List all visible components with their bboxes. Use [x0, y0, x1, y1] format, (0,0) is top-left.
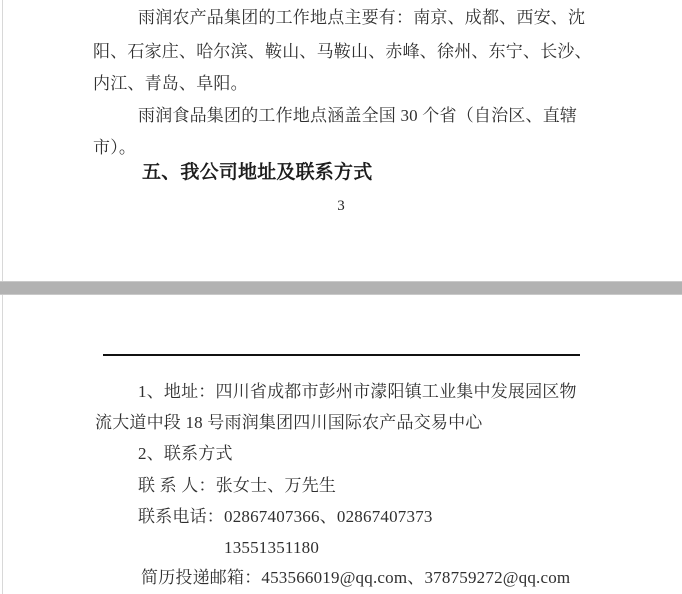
contact-phone-line: 联系电话：02867407366、02867407373	[138, 508, 433, 525]
contact-phone-line: 13551351180	[224, 539, 319, 556]
document-viewer: 雨润农产品集团的工作地点主要有：南京、成都、西安、沈 阳、石家庄、哈尔滨、鞍山、…	[0, 0, 682, 594]
body-text-line: 2、联系方式	[138, 445, 233, 462]
contact-person-line: 联 系 人：张女士、万先生	[138, 477, 336, 494]
address-line: 流大道中段 18 号雨润集团四川国际农产品交易中心	[95, 414, 483, 431]
address-line: 1、地址：四川省成都市彭州市濛阳镇工业集中发展园区物	[138, 383, 577, 400]
body-text-line: 雨润农产品集团的工作地点主要有：南京、成都、西安、沈	[138, 9, 585, 26]
body-text-line: 内江、青岛、阜阳。	[93, 75, 248, 92]
page-edge-line	[2, 0, 3, 594]
body-text-line: 雨润食品集团的工作地点涵盖全国 30 个省（自治区、直辖	[138, 107, 577, 124]
resume-email-line: 简历投递邮箱：453566019@qq.com、378759272@qq.com	[141, 569, 570, 586]
header-rule	[103, 354, 580, 356]
page-separator	[0, 281, 682, 295]
page-number: 3	[0, 199, 682, 214]
body-text-line: 市）。	[93, 139, 136, 156]
section-heading: 五、我公司地址及联系方式	[142, 163, 372, 182]
body-text-line: 阳、石家庄、哈尔滨、鞍山、马鞍山、赤峰、徐州、东宁、长沙、	[93, 43, 592, 60]
